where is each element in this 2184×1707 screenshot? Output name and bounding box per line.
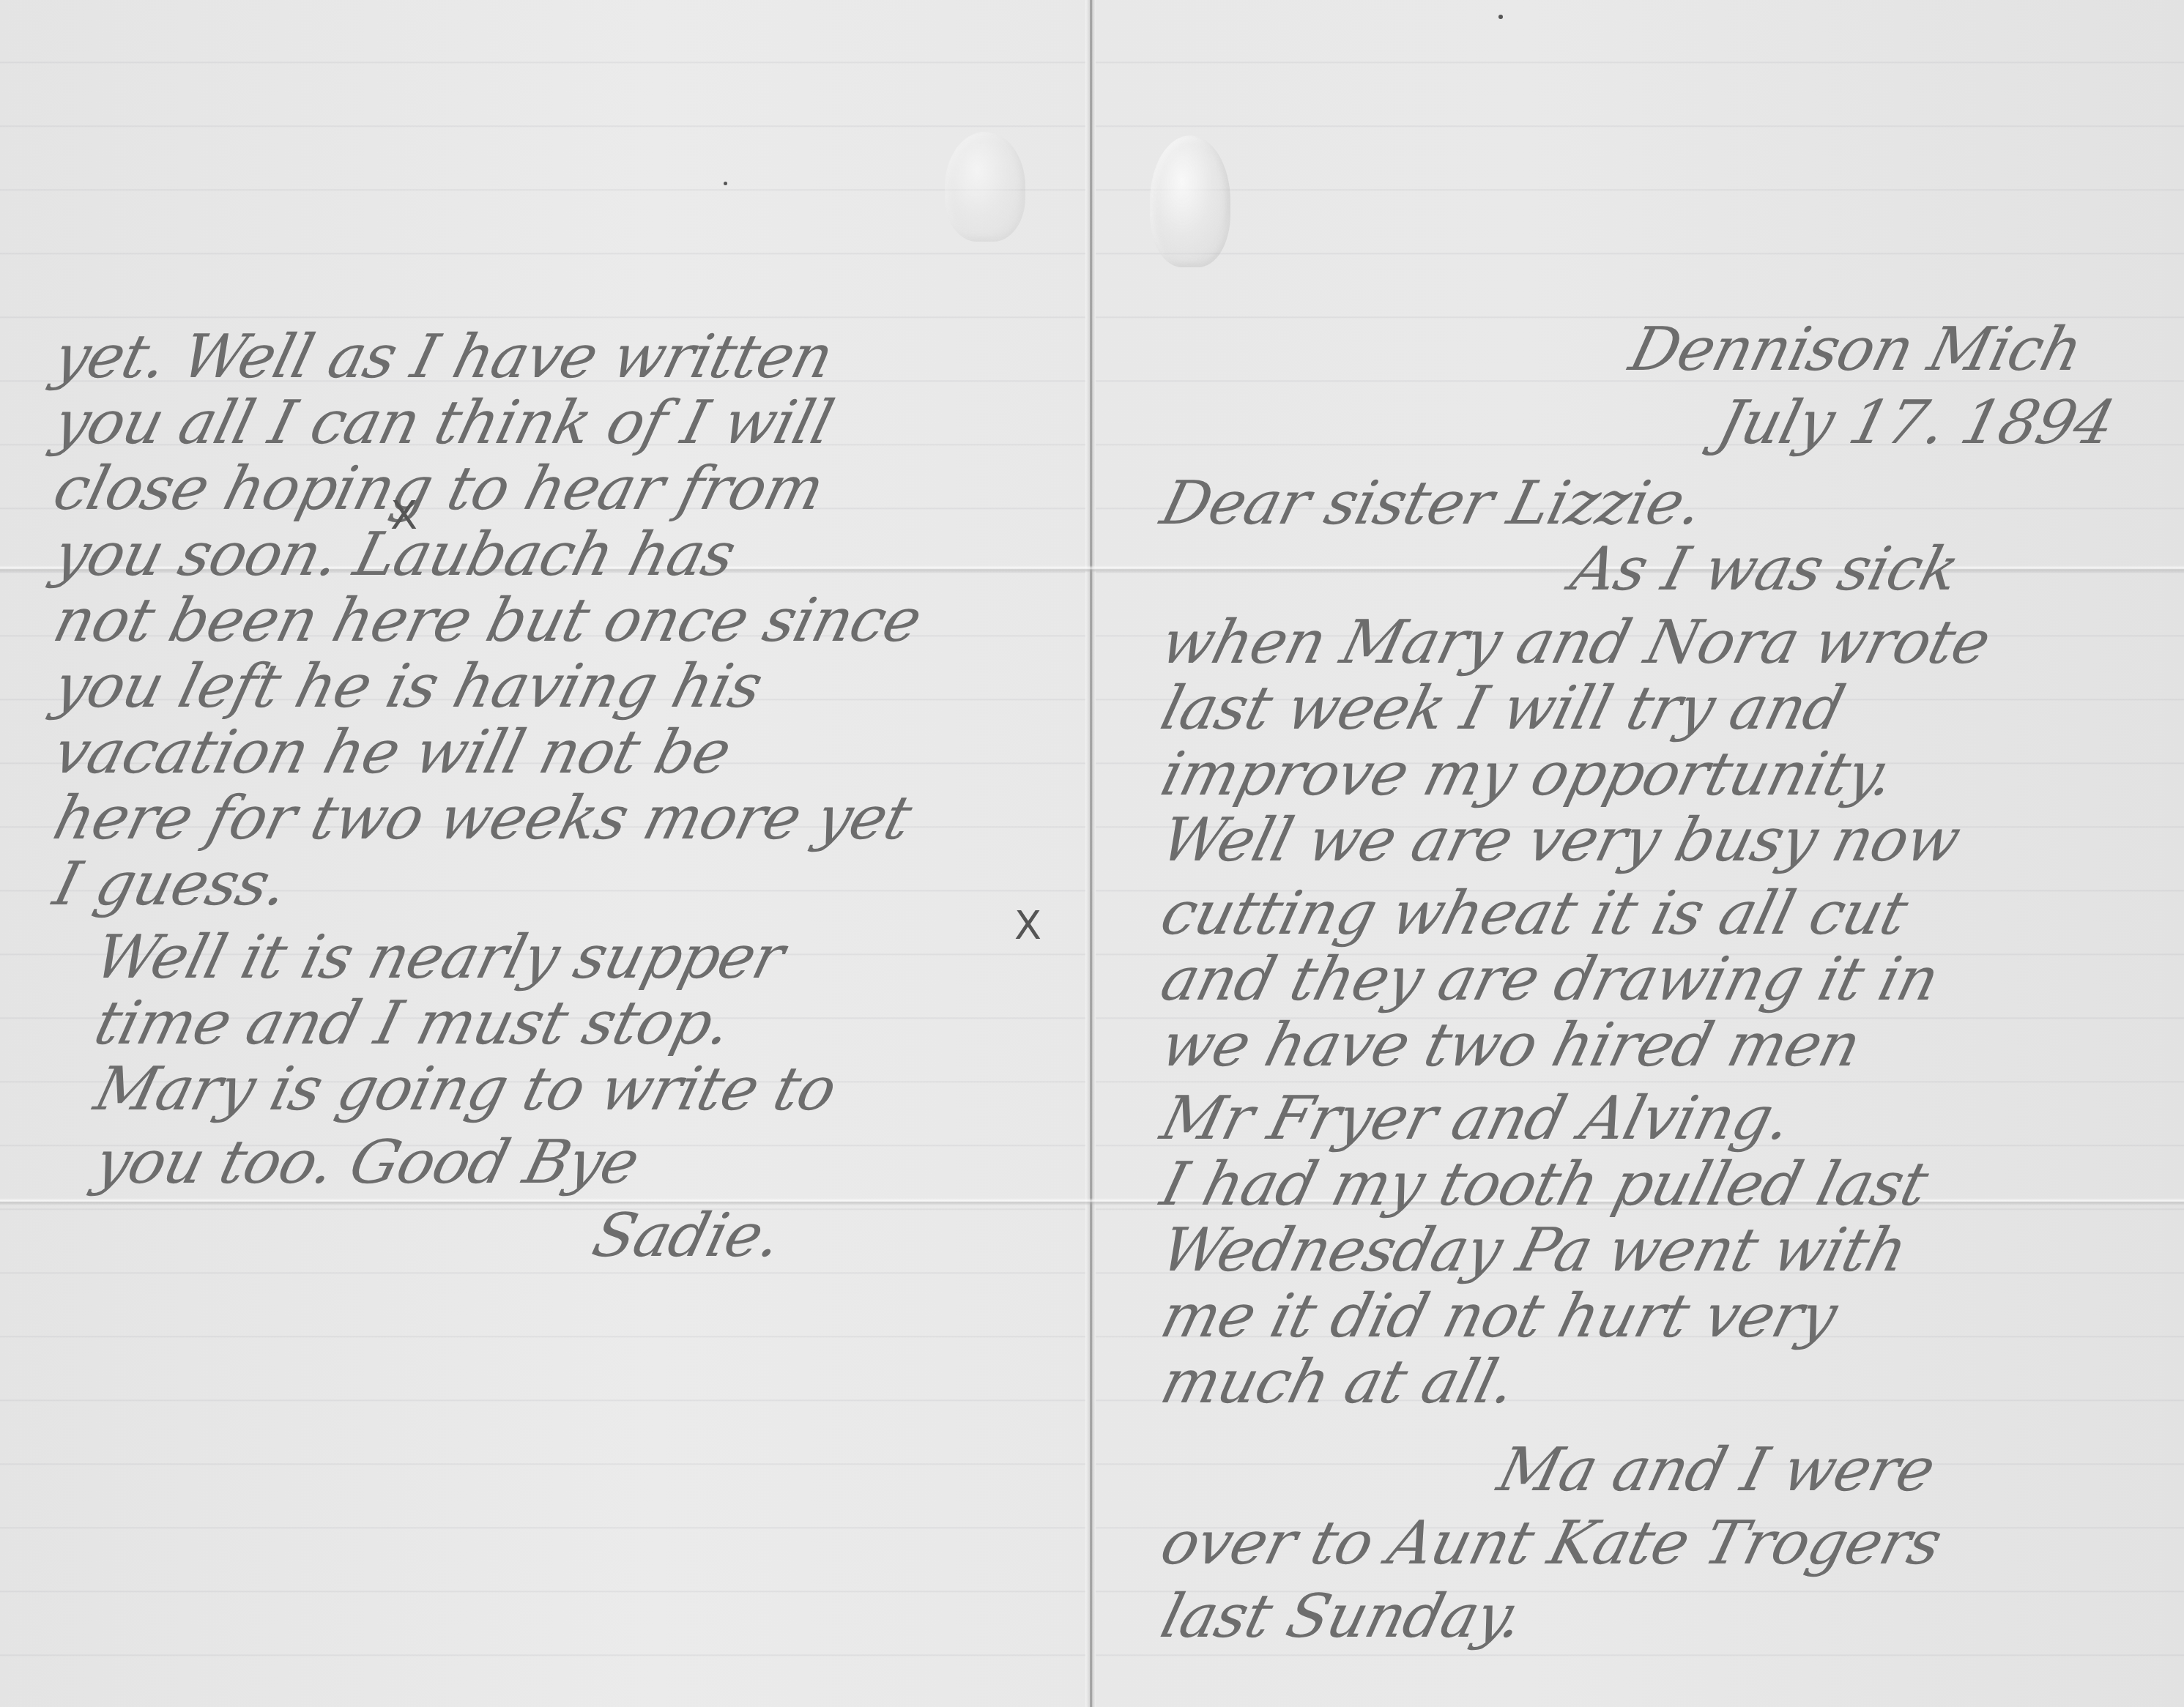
text-line: Mr Fryer and Alving.: [1154, 1084, 1798, 1153]
x-mark: X: [1014, 902, 1041, 948]
text-line: much at all.: [1154, 1347, 1522, 1417]
text-line: I guess.: [47, 849, 294, 919]
place-heading: Dennison Mich: [1623, 315, 2089, 384]
text-line: Mary is going to write to: [88, 1055, 843, 1124]
text-line: time and I must stop.: [88, 989, 738, 1058]
text-line: me it did not hurt very: [1154, 1282, 1843, 1351]
center-fold-crease: [1085, 0, 1096, 1707]
text-line: yet. Well as I have written: [47, 322, 839, 392]
text-line: last Sunday.: [1154, 1582, 1530, 1651]
left-page: yet. Well as I have written you all I ca…: [0, 0, 1087, 1707]
text-line: you all I can think of I will: [47, 388, 839, 458]
text-line: here for two weeks more yet: [47, 784, 918, 853]
text-line: vacation he will not be: [47, 718, 738, 787]
text-line: Well it is nearly supper: [88, 923, 791, 992]
date-heading: July 17. 1894: [1711, 388, 2121, 458]
text-line: close hoping to hear from: [47, 454, 831, 524]
text-line: last week I will try and: [1154, 674, 1851, 743]
text-line: you left he is having his: [47, 652, 769, 721]
text-line: cutting wheat it is all cut: [1154, 879, 1914, 948]
text-line: we have two hired men: [1154, 1011, 1867, 1080]
text-line: when Mary and Nora wrote: [1154, 608, 1997, 677]
right-page: Dennison Mich July 17. 1894 Dear sister …: [1096, 0, 2184, 1707]
x-mark: X: [390, 492, 417, 538]
text-line: I had my tooth pulled last: [1154, 1150, 1934, 1219]
text-line: and they are drawing it in: [1154, 945, 1945, 1014]
text-line: Wednesday Pa went with: [1154, 1216, 1914, 1285]
text-line: you too. Good Bye: [88, 1128, 646, 1197]
text-line: improve my opportunity.: [1154, 740, 1901, 809]
text-line: not been here but once since: [47, 586, 928, 655]
salutation: Dear sister Lizzie.: [1154, 469, 1709, 538]
text-line: Ma and I were: [1491, 1435, 1942, 1505]
text-line: As I was sick: [1564, 535, 1966, 604]
text-line: Well we are very busy now: [1154, 806, 1966, 875]
signature: Sadie.: [586, 1201, 788, 1271]
text-line: over to Aunt Kate Trogers: [1154, 1509, 1948, 1578]
